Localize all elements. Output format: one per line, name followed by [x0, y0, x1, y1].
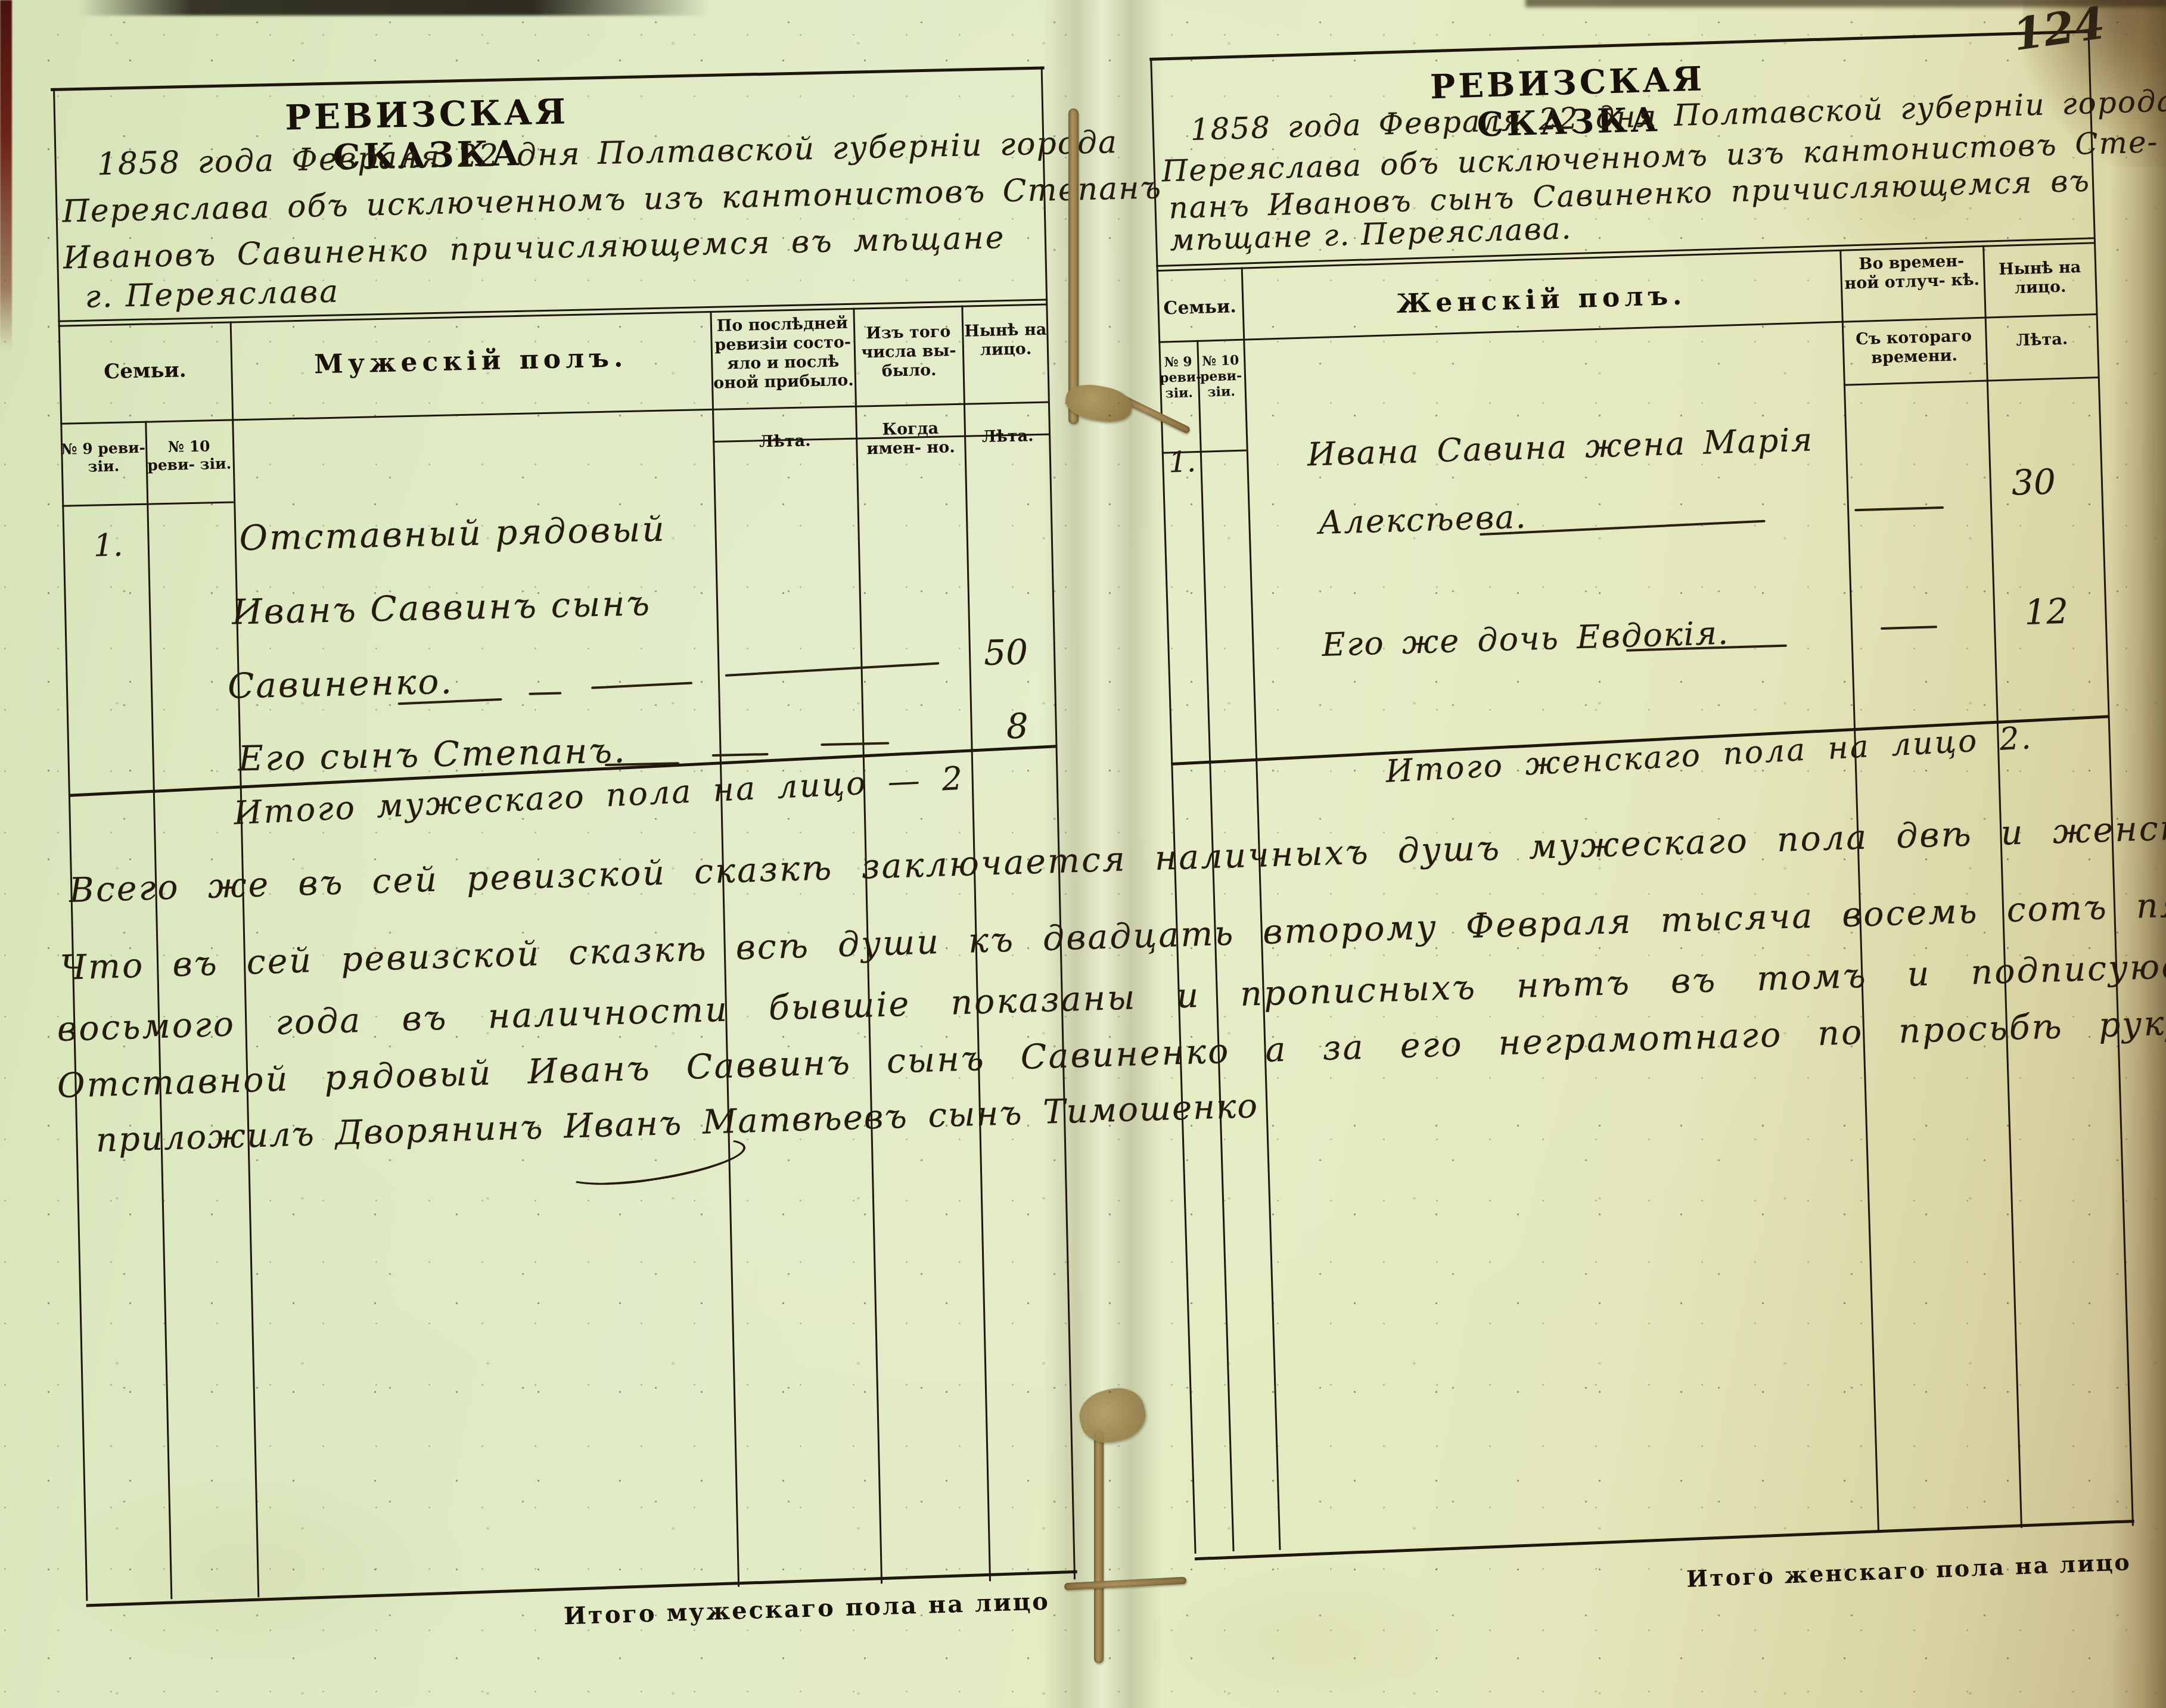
age-value: 8 — [1006, 705, 1028, 746]
table-rule — [1241, 267, 1281, 1550]
column-header-revision10: № 10 реви- зіи. — [1197, 353, 1245, 401]
ruled-dash — [1881, 626, 1937, 630]
female-total-line: Итого женскаго пола на лицо 2. — [1385, 720, 2034, 790]
family-number: 1. — [1168, 445, 1196, 479]
column-subheader-years: Лѣта. — [1986, 329, 2097, 351]
revision-list-scan: 124 РЕВИЗСКАЯ СКАЗКА 1858 года Февраля 2… — [0, 0, 2166, 1708]
entry-line: Ивана Савина жена Марія — [1307, 421, 1814, 473]
column-header-departed: Изъ того числа вы- было. — [854, 322, 963, 381]
ruled-dash — [1854, 506, 1944, 511]
column-header-revision9: № 9 реви- зіи. — [1159, 354, 1198, 402]
preamble-line: Ивановъ Савиненко причисляющемся въ мѣща… — [63, 220, 1006, 276]
female-total-footer: Итого женскаго пола на лицо — [1686, 1549, 2131, 1592]
entry-line: Его сынъ Степанъ. — [238, 730, 627, 779]
binding-thread-bottom — [1094, 1430, 1104, 1663]
column-subheader-since-when: Съ котораго времени. — [1843, 326, 1985, 369]
ruled-dash — [725, 662, 940, 676]
column-header-family: Семьи. — [1157, 296, 1242, 320]
ruled-dash — [712, 753, 769, 757]
male-total-footer: Итого мужескаго пола на лицо — [563, 1587, 1050, 1630]
column-subheader-when-exactly: Когда имен- но. — [857, 419, 965, 459]
entry-line: Алексѣева. — [1317, 498, 1527, 542]
table-rule — [1149, 30, 2090, 61]
table-rule — [51, 67, 1045, 91]
ruled-dash — [591, 682, 692, 689]
table-rule — [1844, 377, 2099, 386]
entry-line: Иванъ Саввинъ сынъ — [232, 583, 652, 632]
binding-thread-top — [1068, 108, 1079, 424]
column-subheader-years: Лѣта. — [965, 427, 1051, 447]
preamble-line: г. Переяслава — [85, 274, 340, 315]
column-header-now-present: Нынѣ на лицо. — [963, 321, 1048, 360]
entry-line: Его же дочь Евдокія. — [1322, 614, 1730, 664]
photo-edge — [0, 0, 12, 351]
ruled-dash — [529, 692, 561, 695]
photo-edge — [77, 0, 709, 15]
family-number: 1. — [93, 528, 123, 564]
column-header-family: Семьи. — [59, 357, 231, 385]
column-header-female: Женскій полъ. — [1242, 276, 1841, 325]
column-header-prev-revision: По послѣдней ревизіи состо- яло и послѣ … — [711, 314, 855, 393]
table-rule — [1839, 250, 1879, 1532]
column-subheader-years: Лѣта. — [714, 431, 856, 453]
column-header-male: Мужескій полъ. — [231, 341, 711, 382]
table-rule — [1982, 245, 2022, 1528]
age-value: 12 — [2024, 591, 2069, 633]
column-header-absence: Во времен- ной отлуч- кѣ. — [1841, 251, 1982, 294]
age-value: 50 — [983, 631, 1028, 673]
table-rule — [53, 88, 88, 1601]
column-header-revision9: № 9 реви- зіи. — [61, 439, 146, 476]
entry-line: Отставный рядовый — [239, 509, 666, 559]
age-value: 30 — [2011, 461, 2056, 503]
column-header-revision10: № 10 реви- зіи. — [145, 437, 233, 474]
ruled-dash — [821, 742, 889, 746]
column-header-now-present: Нынѣ на лицо. — [1984, 257, 2096, 298]
entry-line: Савиненко. — [227, 661, 453, 707]
photo-edge — [1525, 0, 2166, 7]
